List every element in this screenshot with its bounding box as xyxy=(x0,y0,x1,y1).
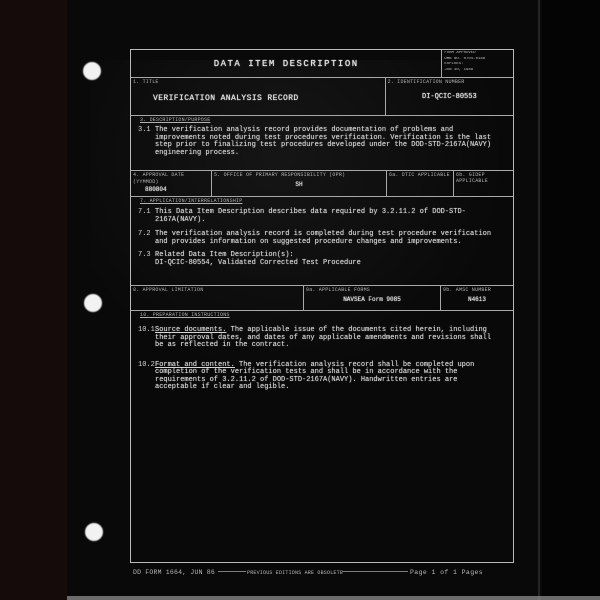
approval-date-label: 4. APPROVAL DATE xyxy=(131,171,211,178)
scanned-document-photo: DATA ITEM DESCRIPTION FORM APPROVED OMB … xyxy=(0,0,600,600)
title-id-row: 1. TITLE VERIFICATION ANALYSIS RECORD 2.… xyxy=(131,78,513,116)
paragraph-number: 3.1 xyxy=(138,127,155,157)
form-number: DD FORM 1664, JUN 86 xyxy=(133,569,215,576)
opr-label: 5. OFFICE OF PRIMARY RESPONSIBILITY (OPR… xyxy=(212,171,386,178)
paragraph-7-3: 7.3 Related Data Item Description(s): DI… xyxy=(138,252,499,267)
photo-left-margin xyxy=(0,0,67,600)
identification-number-value: DI-QCIC-80553 xyxy=(386,93,513,101)
paragraph-text: The verification analysis record provide… xyxy=(155,127,499,157)
amsc-number-value: N4613 xyxy=(441,296,513,303)
paragraph-number: 7.3 xyxy=(138,252,155,267)
page-count: Page 1 of 1 Pages xyxy=(410,569,483,576)
form-title-cell: DATA ITEM DESCRIPTION xyxy=(131,50,442,77)
approval-opr-row: 4. APPROVAL DATE (YYMMDD) 880804 5. OFFI… xyxy=(131,171,513,197)
applicable-forms-field: 9a. APPLICABLE FORMS NAVSEA Form 9085 xyxy=(304,286,441,310)
paragraph-text: Source documents. The applicable issue o… xyxy=(155,327,503,350)
previous-editions-note: PREVIOUS EDITIONS ARE OBSOLETE xyxy=(247,570,343,576)
form-footer: DD FORM 1664, JUN 86 PREVIOUS EDITIONS A… xyxy=(130,567,514,579)
footer-rule xyxy=(342,571,408,572)
paragraph-10-2: 10.2 Format and content. The verificatio… xyxy=(138,362,503,392)
title-value: VERIFICATION ANALYSIS RECORD xyxy=(153,94,385,103)
paragraph-text: Format and content. The verification ana… xyxy=(155,362,503,392)
description-purpose-section: 3. DESCRIPTION/PURPOSE 3.1 The verificat… xyxy=(131,116,513,171)
approval-limitation-label: 8. APPROVAL LIMITATION xyxy=(131,286,303,293)
form-title: DATA ITEM DESCRIPTION xyxy=(214,59,359,69)
punch-hole-top xyxy=(83,62,101,80)
approval-date-value: 880804 xyxy=(145,186,211,193)
opr-field: 5. OFFICE OF PRIMARY RESPONSIBILITY (OPR… xyxy=(212,171,387,196)
paragraph-3-1: 3.1 The verification analysis record pro… xyxy=(138,127,499,157)
opr-value: SH xyxy=(212,181,386,188)
paragraph-number: 7.1 xyxy=(138,209,155,224)
approval-date-field: 4. APPROVAL DATE (YYMMDD) 880804 xyxy=(131,171,212,196)
application-interrelationship-label: 7. APPLICATION/INTERRELATIONSHIP xyxy=(138,197,513,204)
application-interrelationship-section: 7. APPLICATION/INTERRELATIONSHIP 7.1 Thi… xyxy=(131,197,513,286)
paragraph-number: 10.2 xyxy=(138,362,155,392)
punch-hole-middle xyxy=(84,294,102,312)
applicable-forms-value: NAVSEA Form 9085 xyxy=(304,296,440,303)
related-did-line-2: DI-QCIC-80554, Validated Corrected Test … xyxy=(155,259,361,267)
preparation-instructions-label: 10. PREPARATION INSTRUCTIONS xyxy=(138,311,513,318)
paragraph-number: 7.2 xyxy=(138,231,155,246)
approval-limitation-field: 8. APPROVAL LIMITATION xyxy=(131,286,304,310)
paragraph-text: Related Data Item Description(s): DI-QCI… xyxy=(155,252,499,267)
paragraph-7-2: 7.2 The verification analysis record is … xyxy=(138,231,499,246)
paragraph-number: 10.1 xyxy=(138,327,155,350)
title-field: 1. TITLE VERIFICATION ANALYSIS RECORD xyxy=(131,78,386,115)
dd-form-1664: DATA ITEM DESCRIPTION FORM APPROVED OMB … xyxy=(130,49,514,563)
gidep-applicable-field: 6b. GIDEP APPLICABLE xyxy=(454,171,513,196)
gidep-applicable-label: 6b. GIDEP APPLICABLE xyxy=(454,171,513,184)
form-header-row: DATA ITEM DESCRIPTION FORM APPROVED OMB … xyxy=(131,50,513,78)
paragraph-text: The verification analysis record is comp… xyxy=(155,231,499,246)
applicable-forms-label: 9a. APPLICABLE FORMS xyxy=(304,286,440,293)
amsc-number-label: 9b. AMSC NUMBER xyxy=(441,286,513,293)
approval-date-label-2: (YYMMDD) xyxy=(131,178,211,185)
identification-number-label: 2. IDENTIFICATION NUMBER xyxy=(386,78,513,85)
approval-line: JUN 30, 1989 xyxy=(444,68,511,74)
dtic-applicable-label: 6a. DTIC APPLICABLE xyxy=(387,171,453,178)
punch-hole-bottom xyxy=(85,523,103,541)
footer-rule xyxy=(218,571,246,572)
dtic-applicable-field: 6a. DTIC APPLICABLE xyxy=(387,171,454,196)
description-purpose-label: 3. DESCRIPTION/PURPOSE xyxy=(138,116,513,123)
preparation-instructions-section: 10. PREPARATION INSTRUCTIONS 10.1 Source… xyxy=(131,311,513,562)
title-label: 1. TITLE xyxy=(131,78,385,85)
form-approval-box: FORM APPROVED OMB NO. 0704-0188 EXPIRES:… xyxy=(442,50,513,77)
paragraph-10-1: 10.1 Source documents. The applicable is… xyxy=(138,327,503,350)
page-right-edge xyxy=(538,0,540,600)
paragraph-text: This Data Item Description describes dat… xyxy=(155,209,499,224)
identification-number-field: 2. IDENTIFICATION NUMBER DI-QCIC-80553 xyxy=(386,78,513,115)
limitation-forms-amsc-row: 8. APPROVAL LIMITATION 9a. APPLICABLE FO… xyxy=(131,286,513,311)
paragraph-7-1: 7.1 This Data Item Description describes… xyxy=(138,209,499,224)
amsc-number-field: 9b. AMSC NUMBER N4613 xyxy=(441,286,513,310)
photo-bottom-edge xyxy=(67,596,600,600)
